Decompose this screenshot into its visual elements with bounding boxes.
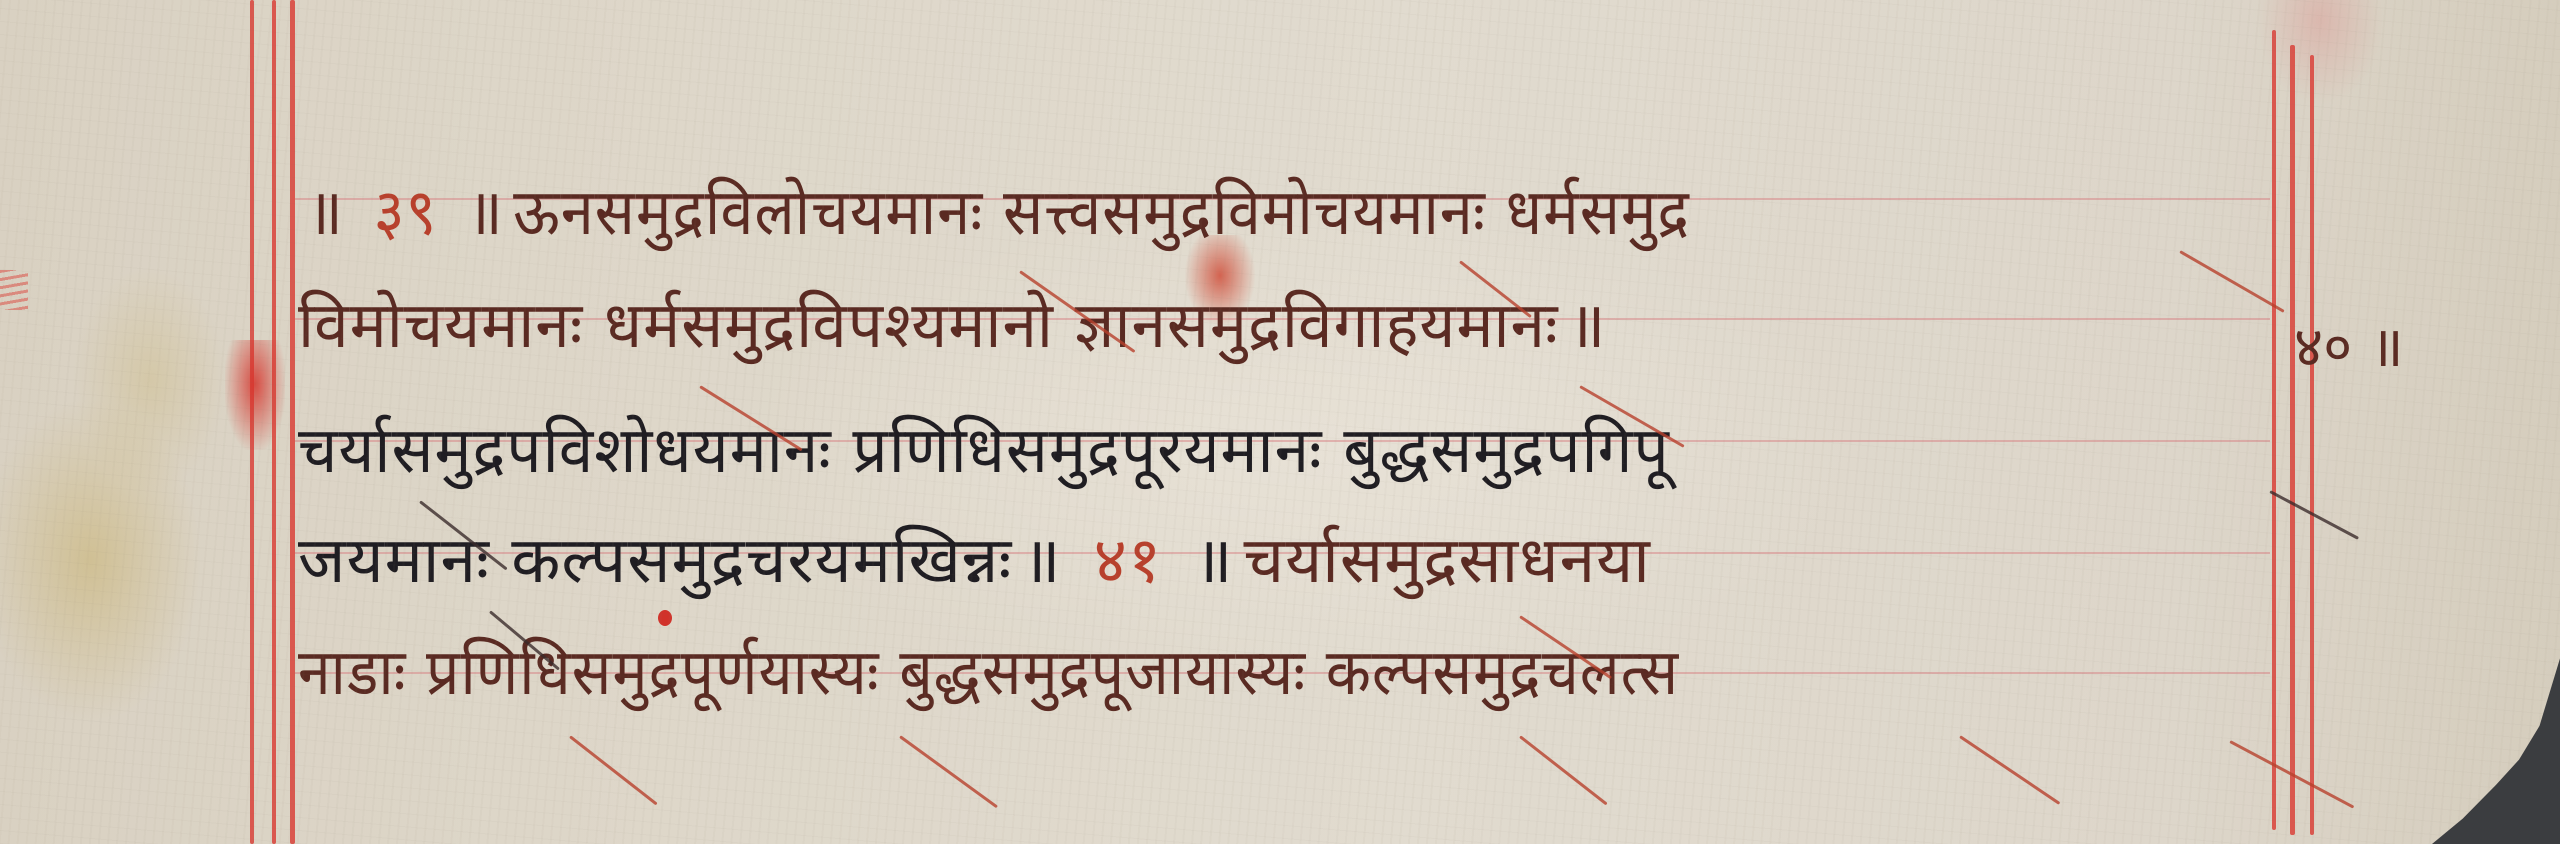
margin-stain-marks xyxy=(0,270,28,310)
line-text: चर्यासमुद्रसाधनया xyxy=(1244,524,1651,598)
danda-mark: ॥ xyxy=(1559,289,1617,363)
verse-number: ४० xyxy=(2294,315,2352,380)
line-text: विमोचयमानः धर्मसमुद्रविपश्यमानो ज्ञानसमु… xyxy=(298,289,1559,363)
danda-mark: ॥ xyxy=(458,176,513,250)
line-text: नाडाः प्रणिधिसमुद्रपूर्णयास्यः बुद्धसमुद… xyxy=(298,636,1679,710)
danda-mark: ॥ xyxy=(1012,524,1071,598)
danda-mark: ॥ xyxy=(1184,524,1243,598)
right-margin-rule xyxy=(2272,30,2276,830)
left-margin-rule xyxy=(290,0,295,844)
red-dot-mark xyxy=(658,610,672,626)
verse-number: ४१ xyxy=(1072,524,1185,598)
margin-verse-note: ४० ॥ xyxy=(2294,313,2404,383)
danda-mark: ॥ xyxy=(298,176,353,250)
line-text: चर्यासमुद्रपविशोधयमानः प्रणिधिसमुद्रपूरय… xyxy=(298,414,1670,488)
verse-number: ३९ xyxy=(353,176,458,250)
ink-stroke xyxy=(2269,490,2359,540)
manuscript-line-4: जयमानः कल्पसमुद्रचरयमखिन्नः॥४१॥चर्यासमुद… xyxy=(298,516,1651,606)
ink-stroke xyxy=(569,735,658,805)
line-text: जयमानः कल्पसमुद्रचरयमखिन्नः xyxy=(298,524,1012,598)
ink-stroke xyxy=(1959,735,2060,805)
manuscript-line-1: ॥३९॥ऊनसमुद्रविलोचयमानः सत्त्वसमुद्रविमोच… xyxy=(298,168,1690,258)
ink-stroke xyxy=(2179,250,2284,313)
ink-stroke xyxy=(899,735,998,808)
manuscript-line-5: नाडाः प्रणिधिसमुद्रपूर्णयास्यः बुद्धसमुद… xyxy=(298,628,1679,718)
ink-stroke xyxy=(1519,735,1608,805)
manuscript-line-3: चर्यासमुद्रपविशोधयमानः प्रणिधिसमुद्रपूरय… xyxy=(298,406,1670,496)
manuscript-folio: ॥३९॥ऊनसमुद्रविलोचयमानः सत्त्वसमुद्रविमोच… xyxy=(0,0,2560,844)
line-text: ऊनसमुद्रविलोचयमानः सत्त्वसमुद्रविमोचयमान… xyxy=(513,176,1690,250)
right-margin-rule xyxy=(2310,55,2314,835)
danda-mark: ॥ xyxy=(2370,315,2404,380)
right-margin-rule xyxy=(2290,45,2295,835)
red-pigment-stain xyxy=(225,340,285,450)
manuscript-line-2: विमोचयमानः धर्मसमुद्रविपश्यमानो ज्ञानसमु… xyxy=(298,281,1616,371)
